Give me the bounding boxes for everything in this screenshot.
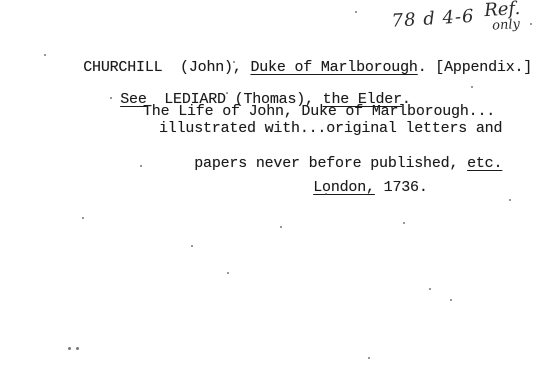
scan-speck <box>325 193 327 195</box>
annotation-note-text: only <box>492 17 521 34</box>
scan-speck <box>233 61 235 63</box>
heading-period: . <box>418 59 436 76</box>
scan-speck <box>368 357 370 359</box>
scan-speck <box>355 11 357 13</box>
scan-speck <box>82 217 84 219</box>
scan-speck <box>44 54 46 56</box>
description-line-1: The Life of John, Duke of Marlborough... <box>143 103 495 121</box>
scan-speck <box>450 299 452 301</box>
scan-speck <box>68 347 71 350</box>
scan-speck <box>110 97 112 99</box>
imprint-place-underlined: London, <box>313 179 375 196</box>
scan-speck <box>530 23 532 25</box>
scan-speck <box>226 92 228 94</box>
scan-speck <box>140 165 142 167</box>
scan-speck <box>280 226 282 228</box>
description-line-2: illustrated with...original letters and <box>159 120 502 138</box>
etc-underlined: etc. <box>467 155 502 172</box>
heading-appendix: [Appendix.] <box>435 59 532 76</box>
scan-speck <box>191 245 193 247</box>
scan-speck <box>429 288 431 290</box>
imprint-line: London, 1736. <box>278 161 428 215</box>
scan-speck <box>509 199 511 201</box>
scan-speck <box>76 347 79 350</box>
imprint-year: 1736. <box>375 179 428 196</box>
scan-speck <box>471 86 473 88</box>
shelfmark-text: 78 d 4-6 <box>391 6 475 32</box>
catalog-card: 78 d 4-6 Ref. only CHURCHILL (John), Duk… <box>0 0 550 374</box>
scan-speck <box>403 222 405 224</box>
scan-speck <box>227 272 229 274</box>
